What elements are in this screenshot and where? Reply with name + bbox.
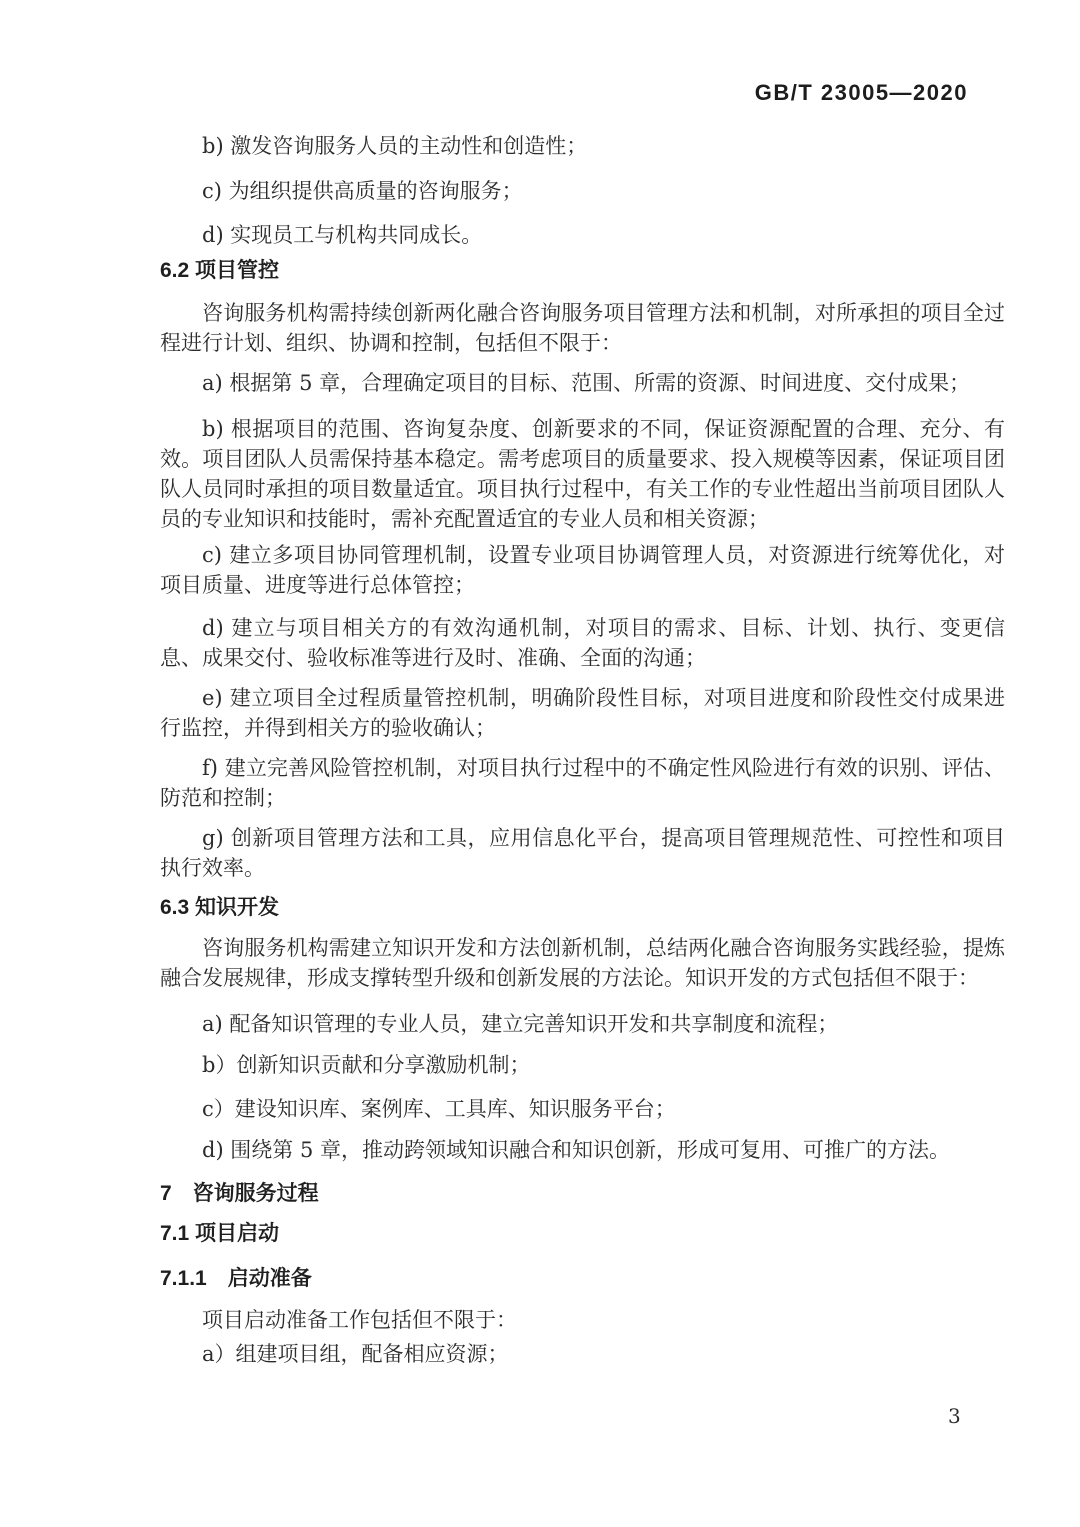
paragraph-7-1-1-intro: 项目启动准备工作包括但不限于： [160, 1305, 1005, 1335]
list-item-7-1-1-a: a）组建项目组，配备相应资源； [160, 1339, 1005, 1369]
chapter-heading-7: 7 咨询服务过程 [160, 1179, 1005, 1209]
section-heading-7-1: 7.1 项目启动 [160, 1219, 1005, 1249]
section-heading-6-3: 6.3 知识开发 [160, 893, 1005, 923]
paragraph-6-2-intro: 咨询服务机构需持续创新两化融合咨询服务项目管理方法和机制，对所承担的项目全过程进… [160, 298, 1005, 358]
page-number: 3 [948, 1404, 961, 1428]
subsection-heading-7-1-1: 7.1.1 启动准备 [160, 1264, 1005, 1294]
document-content: b) 激发咨询服务人员的主动性和创造性； c) 为组织提供高质量的咨询服务； d… [160, 131, 1005, 1369]
list-item-6-1-b: b) 激发咨询服务人员的主动性和创造性； [160, 131, 1005, 161]
list-item-6-3-b: b）创新知识贡献和分享激励机制； [160, 1050, 1005, 1080]
list-item-6-1-c: c) 为组织提供高质量的咨询服务； [160, 176, 1005, 206]
standard-number: GB/T 23005—2020 [755, 80, 968, 106]
document-page: GB/T 23005—2020 b) 激发咨询服务人员的主动性和创造性； c) … [0, 0, 1080, 1527]
list-item-6-2-c: c) 建立多项目协同管理机制，设置专业项目协调管理人员，对资源进行统筹优化，对项… [160, 540, 1005, 600]
list-item-6-2-d: d) 建立与项目相关方的有效沟通机制，对项目的需求、目标、计划、执行、变更信息、… [160, 613, 1005, 673]
list-item-6-2-e: e) 建立项目全过程质量管控机制，明确阶段性目标，对项目进度和阶段性交付成果进行… [160, 683, 1005, 743]
list-item-6-1-d: d) 实现员工与机构共同成长。 [160, 220, 1005, 250]
list-item-6-2-b: b) 根据项目的范围、咨询复杂度、创新要求的不同，保证资源配置的合理、充分、有效… [160, 414, 1005, 534]
section-heading-6-2: 6.2 项目管控 [160, 256, 1005, 286]
list-item-6-2-g: g) 创新项目管理方法和工具，应用信息化平台，提高项目管理规范性、可控性和项目执… [160, 823, 1005, 883]
list-item-6-2-a: a) 根据第 5 章，合理确定项目的目标、范围、所需的资源、时间进度、交付成果； [160, 368, 1005, 398]
list-item-6-2-f: f) 建立完善风险管控机制，对项目执行过程中的不确定性风险进行有效的识别、评估、… [160, 753, 1005, 813]
list-item-6-3-d: d) 围绕第 5 章，推动跨领域知识融合和知识创新，形成可复用、可推广的方法。 [160, 1135, 1005, 1165]
list-item-6-3-c: c）建设知识库、案例库、工具库、知识服务平台； [160, 1094, 1005, 1124]
paragraph-6-3-intro: 咨询服务机构需建立知识开发和方法创新机制，总结两化融合咨询服务实践经验，提炼融合… [160, 933, 1005, 993]
list-item-6-3-a: a) 配备知识管理的专业人员，建立完善知识开发和共享制度和流程； [160, 1009, 1005, 1039]
